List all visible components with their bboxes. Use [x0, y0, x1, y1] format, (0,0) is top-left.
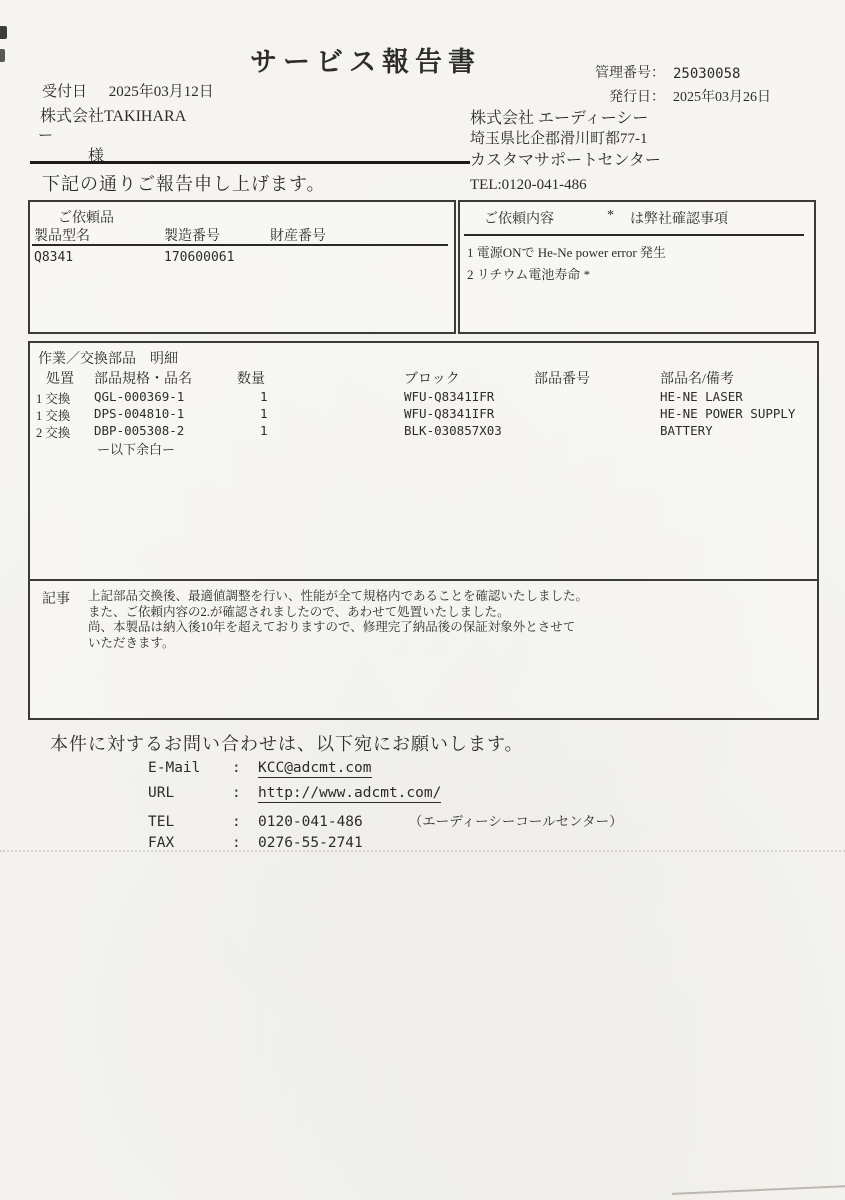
received-date-value: 2025年03月12日 [109, 84, 214, 100]
header-divider [464, 234, 804, 236]
table-row: 1 交換 DPS-004810-1 1 WFU-Q8341IFR HE-NE P… [30, 406, 817, 424]
cell-qty: 1 [237, 406, 404, 424]
contact-separator: : [232, 814, 258, 830]
cell-qty: 1 [237, 423, 404, 441]
inquiry-heading: 本件に対するお問い合わせは、以下宛にお願いします。 [50, 730, 524, 756]
issuer-company: 株式会社 エーディーシー [470, 108, 661, 129]
notes-body: 上記部品交換後、最適値調整を行い、性能が全て規格内であることを確認いたしました。… [88, 589, 788, 651]
header-divider [32, 244, 448, 246]
notes-line: 上記部品交換後、最適値調整を行い、性能が全て規格内であることを確認いたしました。 [88, 589, 788, 605]
cell-disposition: 1 交換 [36, 406, 94, 424]
work-table-title: 作業／交換部品 明細 [38, 348, 178, 368]
work-table-header: 処置 部品規格・品名 数量 ブロック 部品番号 部品名/備考 [30, 368, 817, 388]
contact-label: FAX [148, 835, 232, 851]
cell-part-code: QGL-000369-1 [94, 389, 237, 407]
request-content-title: ご依頼内容 [484, 208, 554, 228]
cell-part-name: BATTERY [660, 423, 817, 441]
column-header-disposition: 処置 [36, 368, 94, 388]
cell-part-name: HE-NE LASER [660, 389, 817, 407]
contact-tel-value: 0120-041-486 [258, 814, 363, 830]
confirmation-note: は弊社確認事項 [630, 208, 728, 228]
cell-asset [270, 250, 448, 265]
cell-part-code: DPS-004810-1 [94, 406, 237, 424]
recipient-address-line: ー [38, 124, 53, 145]
cell-serial: 170600061 [164, 250, 270, 265]
contact-tel-note: （エーディーシーコールセンター） [409, 810, 623, 830]
work-parts-box: 作業／交換部品 明細 処置 部品規格・品名 数量 ブロック 部品番号 部品名/備… [28, 341, 819, 581]
column-header-block: ブロック [404, 368, 534, 388]
issue-date-value: 2025年03月26日 [673, 86, 771, 110]
cell-block: BLK-030857X03 [404, 423, 534, 441]
issue-date-row: 発行日： 2025年03月26日 [540, 86, 800, 110]
contact-separator: : [232, 835, 258, 851]
cell-disposition: 1 交換 [36, 389, 94, 407]
cell-block: WFU-Q8341IFR [404, 389, 534, 407]
issuer-address: 埼玉県比企郡滑川町都77-1 [470, 129, 661, 150]
cell-disposition: 2 交換 [36, 423, 94, 441]
cell-block: WFU-Q8341IFR [404, 406, 534, 424]
notes-line: また、ご依頼内容の2.が確認されましたので、あわせて処置いたしました。 [88, 605, 788, 621]
contact-row-email: E-Mail : KCC@adcmt.com [148, 760, 372, 780]
cell-part-name: HE-NE POWER SUPPLY [660, 406, 817, 424]
cell-model: Q8341 [34, 250, 164, 265]
issuer-block: 株式会社 エーディーシー 埼玉県比企郡滑川町都77-1 カスタマサポートセンター… [470, 108, 661, 196]
contact-label: TEL [148, 814, 232, 830]
cell-part-no [534, 423, 660, 441]
contact-url-value: http://www.adcmt.com/ [258, 785, 441, 803]
confirmation-asterisk: * [607, 208, 614, 224]
contact-label: URL [148, 785, 232, 801]
column-header-part-code: 部品規格・品名 [94, 368, 237, 388]
end-of-list-marker: ー以下余白ー [97, 439, 175, 458]
request-item-title: ご依頼品 [58, 207, 114, 227]
greeting-text: 下記の通りご報告申し上げます。 [42, 170, 326, 196]
contact-fax-value: 0276-55-2741 [258, 835, 363, 851]
column-header-part-name: 部品名/備考 [660, 368, 817, 388]
contact-row-fax: FAX : 0276-55-2741 [148, 835, 363, 855]
control-number-row: 管理番号： 25030058 [540, 62, 800, 86]
recipient-underline [30, 161, 470, 164]
page-title: サービス報告書 [250, 40, 481, 79]
notes-line: いただきます。 [88, 636, 788, 652]
contact-label: E-Mail [148, 760, 232, 776]
column-header-model: 製品型名 [34, 225, 164, 245]
contact-separator: : [232, 785, 258, 801]
received-date-row: 受付日 2025年03月12日 [42, 80, 214, 101]
notes-box: 記事 上記部品交換後、最適値調整を行い、性能が全て規格内であることを確認いたしま… [28, 579, 819, 720]
scan-edge-mark [0, 26, 7, 39]
document-meta: 管理番号： 25030058 発行日： 2025年03月26日 [540, 62, 800, 110]
control-number-value: 25030058 [673, 62, 740, 86]
service-report-page: サービス報告書 管理番号： 25030058 発行日： 2025年03月26日 … [0, 0, 845, 1200]
contact-email-value: KCC@adcmt.com [258, 760, 372, 778]
request-content-item: 1 電源ONで He-Ne power error 発生 [467, 242, 666, 261]
cell-qty: 1 [237, 389, 404, 407]
scan-scratch-mark [672, 1185, 845, 1195]
cell-part-no [534, 406, 660, 424]
column-header-part-no: 部品番号 [534, 368, 660, 388]
request-item-header: 製品型名 製造番号 財産番号 [34, 225, 448, 245]
scan-fold-line [0, 850, 845, 852]
column-header-asset: 財産番号 [270, 225, 448, 245]
column-header-qty: 数量 [237, 368, 404, 388]
issuer-tel: TEL:0120-041-486 [470, 175, 661, 196]
notes-line: 尚、本製品は納入後10年を超えておりますので、修理完了納品後の保証対象外とさせて [88, 620, 788, 636]
cell-part-no [534, 389, 660, 407]
received-date-label: 受付日 [42, 84, 87, 100]
request-content-box: ご依頼内容 * は弊社確認事項 1 電源ONで He-Ne power erro… [458, 200, 816, 334]
request-item-row: Q8341 170600061 [34, 250, 448, 265]
scan-edge-mark [0, 49, 5, 62]
recipient-company: 株式会社TAKIHARA [40, 103, 186, 126]
request-item-box: ご依頼品 製品型名 製造番号 財産番号 Q8341 170600061 [28, 200, 456, 334]
contact-row-url: URL : http://www.adcmt.com/ [148, 785, 441, 805]
contact-separator: : [232, 760, 258, 776]
notes-label: 記事 [42, 588, 70, 608]
contact-row-tel: TEL : 0120-041-486 （エーディーシーコールセンター） [148, 810, 623, 830]
table-row: 1 交換 QGL-000369-1 1 WFU-Q8341IFR HE-NE L… [30, 389, 817, 407]
issue-date-label: 発行日： [540, 86, 665, 110]
request-content-item: 2 リチウム電池寿命 * [467, 264, 590, 283]
issuer-department: カスタマサポートセンター [470, 150, 661, 171]
column-header-serial: 製造番号 [164, 225, 270, 245]
control-number-label: 管理番号： [540, 62, 665, 86]
